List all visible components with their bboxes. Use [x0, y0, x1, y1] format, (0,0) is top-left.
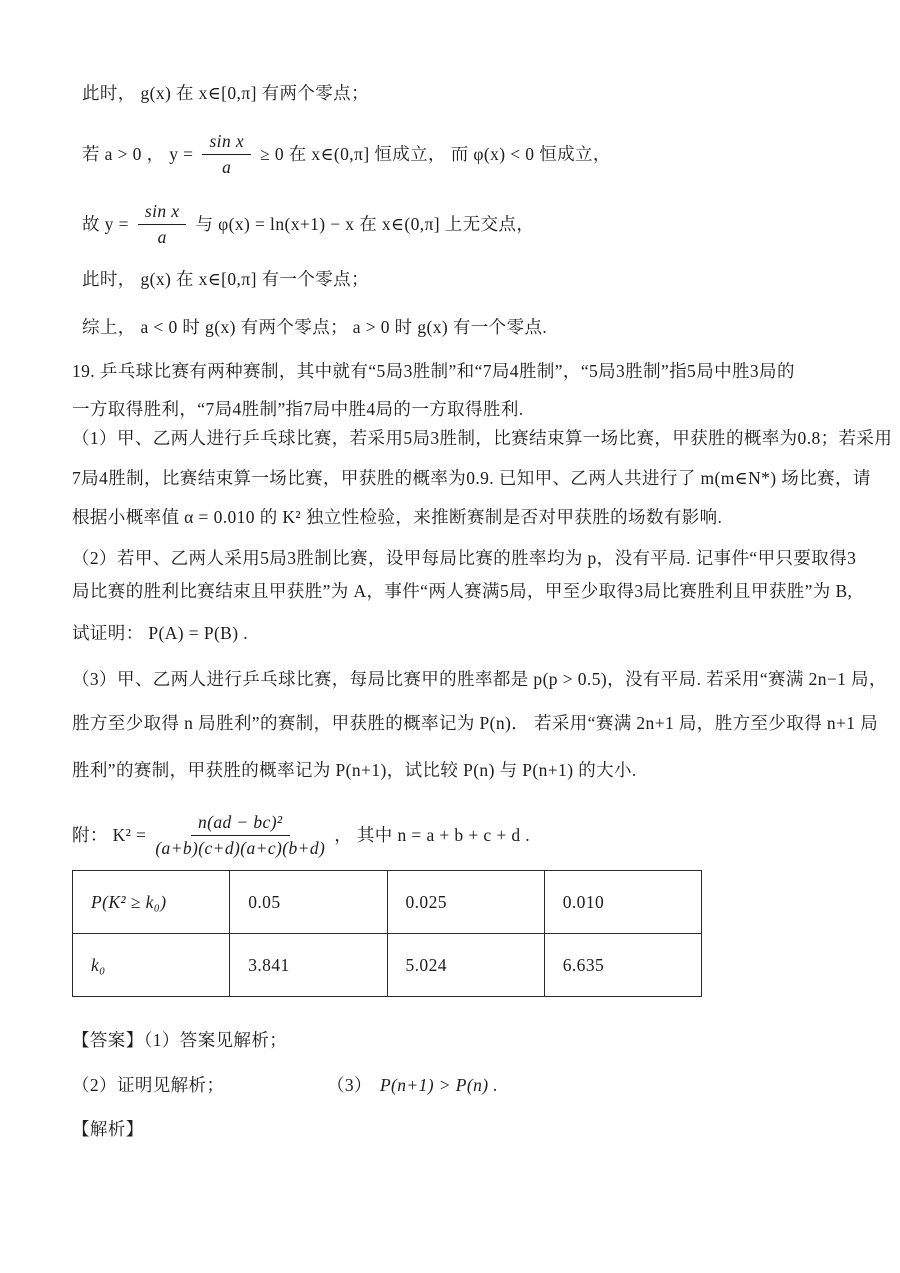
fraction-denominator: a [222, 155, 231, 177]
solution-line-2-prefix: 若 a > 0 ， y = [82, 141, 193, 167]
fraction-numerator: sin x [202, 131, 251, 154]
answer-part3-math: P(n+1) > P(n) . [380, 1072, 498, 1098]
table-header-cell: k₀ [73, 934, 230, 997]
answer-line-2: （2）证明见解析； （3） P(n+1) > P(n) . [72, 1072, 838, 1098]
problem19-line-1: 19. 乒乓球比赛有两种赛制，其中就有“5局3胜制”和“7局4胜制”，“5局3胜… [72, 358, 838, 384]
solution-line-5: 综上， a < 0 时 g(x) 有两个零点； a > 0 时 g(x) 有一个… [82, 314, 848, 340]
fraction-k-squared: n(ad − bc)² (a+b)(c+d)(a+c)(b+d) [155, 812, 325, 857]
table-value-cell: 3.841 [230, 934, 387, 997]
answer-part3-label: （3） [327, 1072, 372, 1098]
document-page: 此时， g(x) 在 x∈[0,π] 有两个零点； 若 a > 0 ， y = … [0, 0, 900, 1273]
solution-line-3: 故 y = sin x a 与 φ(x) = ln(x+1) − x 在 x∈(… [82, 198, 848, 250]
table-row: P(K² ≥ k₀) 0.05 0.025 0.010 [73, 871, 702, 934]
table-value-cell: 6.635 [544, 934, 701, 997]
analysis-label: 【解析】 [72, 1116, 838, 1142]
problem19-part1-line-3: 根据小概率值 α = 0.010 的 K² 独立性检验，来推断赛制是否对甲获胜的… [72, 504, 838, 530]
fraction-numerator: n(ad − bc)² [191, 812, 290, 835]
formula-prefix: 附： K² = [72, 822, 146, 848]
fraction-denominator: (a+b)(c+d)(a+c)(b+d) [155, 836, 325, 858]
critical-values-table: P(K² ≥ k₀) 0.05 0.025 0.010 k₀ 3.841 5.0… [72, 870, 702, 997]
table-row: k₀ 3.841 5.024 6.635 [73, 934, 702, 997]
problem19-part1-line-2: 7局4胜制，比赛结束算一场比赛，甲获胜的概率为0.9. 已知甲、乙两人共进行了 … [72, 465, 838, 491]
answer-line-1: 【答案】（1）答案见解析； [72, 1027, 838, 1053]
k-squared-formula: 附： K² = n(ad − bc)² (a+b)(c+d)(a+c)(b+d)… [72, 806, 838, 864]
formula-suffix: ， 其中 n = a + b + c + d . [334, 822, 530, 848]
answer-part2: （2）证明见解析； [72, 1075, 224, 1095]
problem19-part2-line-1: （2）若甲、乙两人采用5局3胜制比赛，设甲每局比赛的胜率均为 p，没有平局. 记… [72, 545, 838, 571]
problem19-part2-line-2: 局比赛的胜利比赛结束且甲获胜”为 A，事件“两人赛满5局，甲至少取得3局比赛胜利… [72, 578, 838, 604]
problem19-line-2: 一方取得胜利，“7局4胜制”指7局中胜4局的一方取得胜利. [72, 396, 838, 422]
solution-line-4: 此时， g(x) 在 x∈[0,π] 有一个零点； [82, 266, 848, 292]
fraction-denominator: a [158, 225, 167, 247]
problem19-part1-line-1: （1）甲、乙两人进行乒乓球比赛，若采用5局3胜制，比赛结束算一场比赛，甲获胜的概… [72, 425, 838, 451]
solution-line-2: 若 a > 0 ， y = sin x a ≥ 0 在 x∈(0,π] 恒成立，… [82, 128, 848, 180]
table-value-cell: 0.010 [544, 871, 701, 934]
solution-line-3-suffix: 与 φ(x) = ln(x+1) − x 在 x∈(0,π] 上无交点， [195, 211, 534, 237]
answer-part3: （3） P(n+1) > P(n) . [327, 1072, 498, 1098]
table-header-cell: P(K² ≥ k₀) [73, 871, 230, 934]
solution-line-2-suffix: ≥ 0 在 x∈(0,π] 恒成立， 而 φ(x) < 0 恒成立， [260, 141, 611, 167]
fraction-sinx-over-a: sin x a [202, 131, 251, 176]
fraction-sinx-over-a: sin x a [138, 201, 187, 246]
problem19-part3-line-2: 胜方至少取得 n 局胜利”的赛制，甲获胜的概率记为 P(n)． 若采用“赛满 2… [72, 710, 838, 736]
problem19-part3-line-1: （3）甲、乙两人进行乒乓球比赛，每局比赛甲的胜率都是 p(p > 0.5)，没有… [72, 666, 838, 692]
solution-line-3-prefix: 故 y = [82, 211, 129, 237]
problem19-part2-line-3: 试证明： P(A) = P(B) . [72, 620, 838, 646]
solution-line-1: 此时， g(x) 在 x∈[0,π] 有两个零点； [82, 80, 848, 106]
fraction-numerator: sin x [138, 201, 187, 224]
problem19-part3-line-3: 胜利”的赛制，甲获胜的概率记为 P(n+1)，试比较 P(n) 与 P(n+1)… [72, 757, 838, 783]
table-value-cell: 0.05 [230, 871, 387, 934]
table-value-cell: 5.024 [387, 934, 544, 997]
table-value-cell: 0.025 [387, 871, 544, 934]
